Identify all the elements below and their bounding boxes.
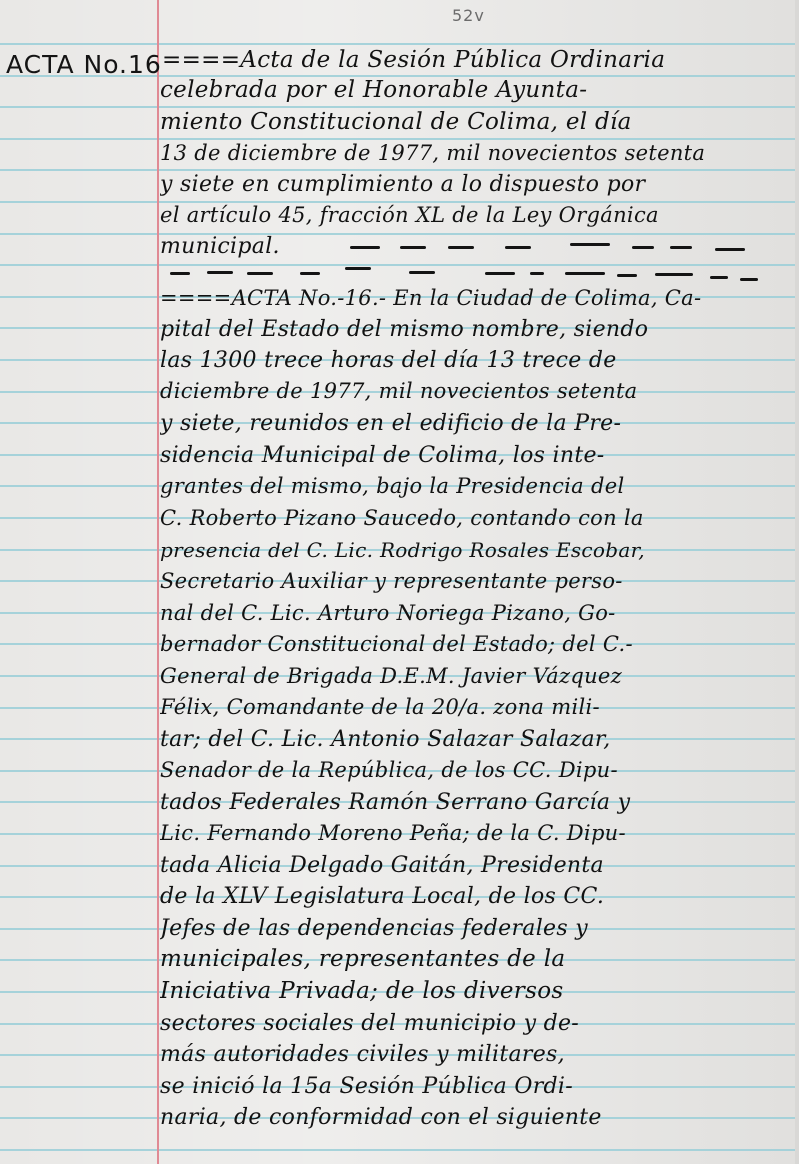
acta-marginal-title: ACTA No.16 <box>6 50 162 79</box>
body-line: grantes del mismo, bajo la Presidencia d… <box>160 471 785 502</box>
body-line: diciembre de 1977, mil novecientos seten… <box>160 376 785 407</box>
body-line: se inició la 15a Sesión Pública Ordi- <box>160 1071 785 1102</box>
header-line: celebrada por el Honorable Ayunta- <box>160 75 785 106</box>
body-line: naria, de conformidad con el siguiente <box>160 1102 785 1133</box>
filler-dashes <box>165 263 795 283</box>
folio-number: 52v <box>452 6 485 25</box>
body-line: y siete, reunidos en el edificio de la P… <box>160 408 785 439</box>
filler-dashes <box>340 237 790 257</box>
header-line: ====Acta de la Sesión Pública Ordinaria <box>162 45 787 76</box>
ruled-line <box>0 1149 795 1151</box>
ruled-line <box>0 233 795 235</box>
body-line: municipales, representantes de la <box>160 944 785 975</box>
body-line: sidencia Municipal de Colima, los inte- <box>160 440 785 471</box>
body-line: de la XLV Legislatura Local, de los CC. <box>160 881 785 912</box>
body-line: pital del Estado del mismo nombre, siend… <box>160 314 785 345</box>
body-line: Jefes de las dependencias federales y <box>160 913 785 944</box>
body-line: General de Brigada D.E.M. Javier Vázquez <box>160 661 785 692</box>
body-line: nal del C. Lic. Arturo Noriega Pizano, G… <box>160 598 785 629</box>
body-line: más autoridades civiles y militares, <box>160 1039 785 1070</box>
body-line: presencia del C. Lic. Rodrigo Rosales Es… <box>160 535 785 566</box>
body-line: tados Federales Ramón Serrano García y <box>160 787 785 818</box>
body-line: Iniciativa Privada; de los diversos <box>160 976 785 1007</box>
body-line: las 1300 trece horas del día 13 trece de <box>160 345 785 376</box>
body-line: bernador Constitucional del Estado; del … <box>160 629 785 660</box>
body-line: Félix, Comandante de la 20/a. zona mili- <box>160 692 785 723</box>
margin-line <box>157 0 159 1164</box>
body-line: Secretario Auxiliar y representante pers… <box>160 566 785 597</box>
header-line: 13 de diciembre de 1977, mil novecientos… <box>160 138 785 169</box>
body-line: sectores sociales del municipio y de- <box>160 1008 785 1039</box>
notebook-page: 52v ACTA No.16 ====Acta de la Sesión Púb… <box>0 0 795 1164</box>
body-line: tar; del C. Lic. Antonio Salazar Salazar… <box>160 724 785 755</box>
body-line: tada Alicia Delgado Gaitán, Presidenta <box>160 850 785 881</box>
header-line: y siete en cumplimiento a lo dispuesto p… <box>160 169 785 200</box>
body-line: Senador de la República, de los CC. Dipu… <box>160 755 785 786</box>
header-line: miento Constitucional de Colima, el día <box>160 107 785 138</box>
header-line: el artículo 45, fracción XL de la Ley Or… <box>160 200 785 231</box>
body-line: Lic. Fernando Moreno Peña; de la C. Dipu… <box>160 818 785 849</box>
body-line: C. Roberto Pizano Saucedo, contando con … <box>160 503 785 534</box>
header-line: municipal. <box>160 231 360 262</box>
body-line: ====ACTA No.-16.- En la Ciudad de Colima… <box>160 283 785 314</box>
